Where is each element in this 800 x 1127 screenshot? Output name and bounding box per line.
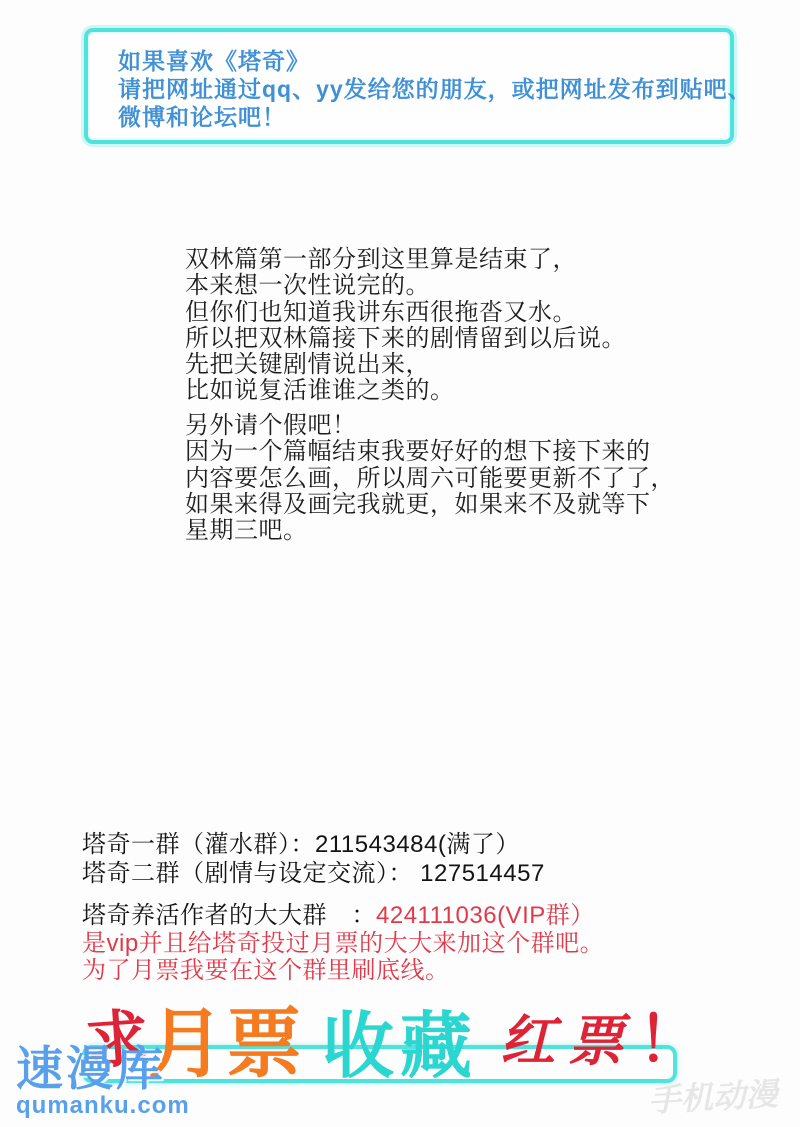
author-note-paragraph-2: 另外请个假吧！ 因为一个篇幅结束我要好好的想下接下来的 内容要怎么画，所以周六可… xyxy=(185,413,675,544)
note-line: 本来想一次性说完的。 xyxy=(185,273,626,299)
vip-group-line-3: 为了月票我要在这个群里刷底线。 xyxy=(82,957,604,985)
note-line: 另外请个假吧！ xyxy=(185,413,675,439)
site-watermark: 速漫库 qumanku.com xyxy=(16,1044,190,1120)
vip-group-line-2: 是vip并且给塔奇投过月票的大大来加这个群吧。 xyxy=(82,930,604,958)
note-line: 先把关键剧情说出来， xyxy=(185,352,626,378)
note-line: 所以把双林篇接下来的剧情留到以后说。 xyxy=(185,326,626,352)
site-name-text: 速漫库 xyxy=(16,1044,190,1095)
vip-group-line-1: 塔奇养活作者的大大群 ：424111036(VIP群） xyxy=(82,902,604,930)
site-url-text: qumanku.com xyxy=(16,1092,190,1120)
note-line: 星期三吧。 xyxy=(185,518,675,544)
note-line: 因为一个篇幅结束我要好好的想下接下来的 xyxy=(185,439,675,465)
author-note-paragraph-1: 双林篇第一部分到这里算是结束了， 本来想一次性说完的。 但你们也知道我讲东西很拖… xyxy=(185,247,626,405)
note-line: 内容要怎么画，所以周六可能要更新不了了， xyxy=(185,466,675,492)
vip-group-block: 塔奇养活作者的大大群 ：424111036(VIP群） 是vip并且给塔奇投过月… xyxy=(82,902,604,985)
corner-watermark: 手机动漫 xyxy=(647,1069,786,1122)
cta-favorite-text: 收藏 xyxy=(322,1013,478,1081)
qq-group-list: 塔奇一群（灌水群）：211543484(满了） 塔奇二群（剧情与设定交流）： 1… xyxy=(82,830,545,888)
qq-group-line-2: 塔奇二群（剧情与设定交流）： 127514457 xyxy=(82,859,545,888)
cta-exclamation-text: ！ xyxy=(638,990,700,1081)
cta-red-ticket-text: 红票 xyxy=(500,997,636,1081)
share-notice-line: 请把网址通过qq、yy发给您的朋友，或把网址发布到贴吧、 xyxy=(118,75,752,103)
note-line: 如果来得及画完我就更，如果来不及就等下 xyxy=(185,492,675,518)
note-line: 双林篇第一部分到这里算是结束了， xyxy=(185,247,626,273)
vip-group-number: 424111036(VIP群） xyxy=(376,902,595,929)
vip-group-label: 塔奇养活作者的大大群 ： xyxy=(82,902,376,929)
share-notice-box: 如果喜欢《塔奇》 请把网址通过qq、yy发给您的朋友，或把网址发布到贴吧、 微博… xyxy=(84,28,734,144)
qq-group-line-1: 塔奇一群（灌水群）：211543484(满了） xyxy=(82,830,545,859)
comic-author-note-page: 如果喜欢《塔奇》 请把网址通过qq、yy发给您的朋友，或把网址发布到贴吧、 微博… xyxy=(0,0,800,1127)
note-line: 但你们也知道我讲东西很拖沓又水。 xyxy=(185,300,626,326)
share-notice-text: 如果喜欢《塔奇》 请把网址通过qq、yy发给您的朋友，或把网址发布到贴吧、 微博… xyxy=(118,47,752,131)
share-notice-line: 微博和论坛吧！ xyxy=(118,103,752,131)
note-line: 比如说复活谁谁之类的。 xyxy=(185,378,626,404)
share-notice-line: 如果喜欢《塔奇》 xyxy=(118,47,752,75)
